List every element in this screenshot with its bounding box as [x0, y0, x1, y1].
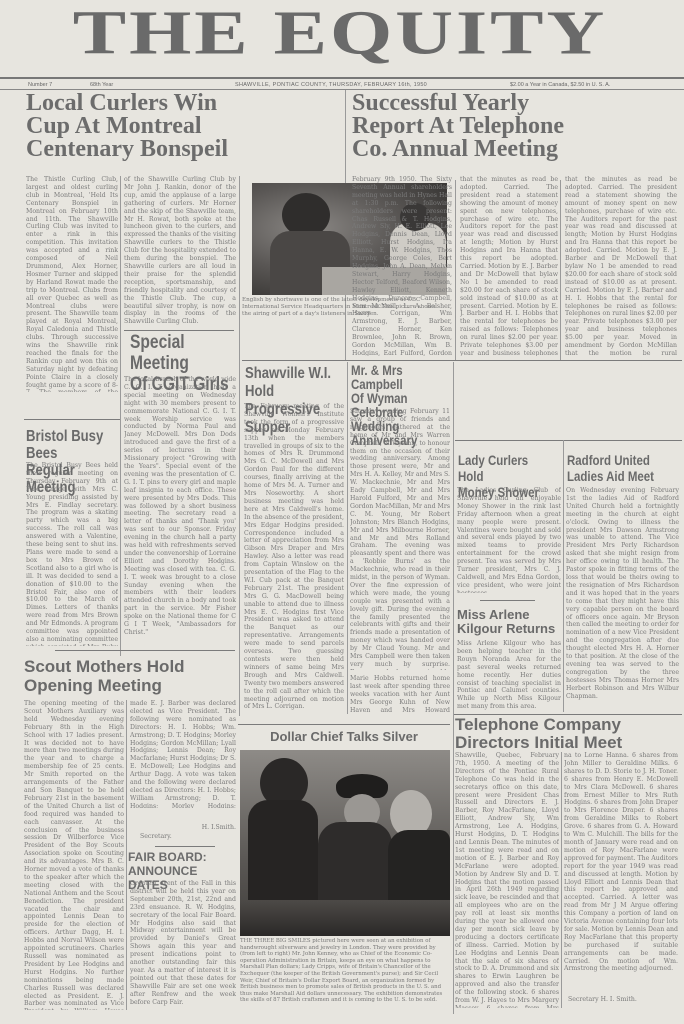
dateline-text: SHAWVILLE, PONTIAC COUNTY, THURSDAY, FEB… [235, 80, 427, 90]
photo-caption-dollar-chief: THE THREE BIG SMILES pictured here were … [240, 938, 450, 1008]
headline-line: Centenary Bonspeil [26, 138, 346, 161]
newspaper-page: THE EQUITY Number 7 68th Year SHAWVILLE,… [0, 0, 684, 1024]
article-body-telephone-directors: Shawville, Quebec, February 7th, 1950. A… [455, 752, 559, 1008]
headline-scout-mothers: Scout Mothers Hold Opening Meeting [24, 657, 234, 695]
article-body-wi-supper: The February meeting of the Shawville Wo… [244, 403, 344, 713]
column-divider [120, 176, 121, 656]
signature-title: Secretary. [140, 833, 200, 842]
subscription-price: $2.00 a Year in Canada, $2.50 in U. S. A… [510, 80, 610, 90]
headline-curlers: Local Curlers Win Cup At Montreal Centen… [26, 92, 346, 161]
masthead: THE EQUITY [0, 0, 684, 78]
headline-dollar-chief: Dollar Chief Talks Silver [238, 730, 450, 743]
headline-line: Shawville W.I. Hold [245, 365, 352, 401]
section-rule [24, 419, 120, 420]
article-body-radford: On Wednesday evening February 1st the la… [566, 487, 679, 709]
headline-line: Opening Meeting [24, 676, 234, 695]
headline-line: Bristol Busy Bees [26, 428, 124, 462]
article-body-lady-curlers: The Ladies Curling Club of Shawville hel… [457, 487, 561, 593]
article-body-bristol: The Bristol Busy Bees held their regular… [26, 462, 118, 646]
dateline-bar: Number 7 68th Year SHAWVILLE, PONTIAC CO… [0, 77, 684, 90]
column-divider [453, 714, 454, 1014]
section-rule [55, 650, 235, 651]
section-rule [238, 724, 450, 725]
photo-table [240, 900, 450, 936]
article-body-hobbs-note: Marie Hobbs returned home last week afte… [350, 675, 450, 715]
headline-radford-ladies-aid: Radford United Ladies Aid Meet [567, 452, 661, 484]
headline-line: Telephone Company [455, 716, 683, 734]
headline-line: Miss Arlene [457, 608, 561, 622]
section-rule [480, 600, 535, 601]
article-body-cgit: The local branch of the world wide C. G.… [124, 376, 236, 634]
column-divider [126, 700, 127, 1010]
article-body-scout-mothers-continued: made E. J. Barber was declared elected a… [130, 700, 236, 808]
signature: H. I.Smith. [190, 824, 236, 833]
headline-line: Special Meeting [130, 332, 245, 374]
column-divider [560, 180, 561, 360]
article-body-kilgour: Miss Arlene Kilgour who has been helping… [457, 640, 561, 710]
headline-line: Ladies Aid Meet [567, 468, 661, 484]
headline-line: Cup At Montreal [26, 115, 346, 138]
section-rule [124, 330, 234, 331]
column-divider [347, 362, 348, 714]
headline-line: Scout Mothers Hold [24, 657, 234, 676]
headline-line: Kilgour Returns [457, 622, 561, 636]
headline-line: Local Curlers Win [26, 92, 346, 115]
article-body-telephone-report-continued: that the minutes as read be adopted. Car… [460, 176, 558, 356]
article-body-telephone-directors-continued: na to Lorne Hanna. 6 shares from John Mi… [564, 752, 678, 992]
section-rule [455, 440, 682, 441]
article-body-campbell: Saturday evening February 11 saw a group… [350, 408, 450, 670]
headline-line: Successful Yearly [352, 92, 682, 115]
article-body-telephone-report-col3: that the minutes as read be adopted. Car… [565, 176, 677, 356]
article-body-curlers-continued: of the Shawville Curling Club by Mr John… [124, 176, 236, 328]
column-divider [453, 362, 454, 714]
section-rule [242, 360, 682, 361]
headline-line: Co. Annual Meeting [352, 138, 682, 161]
headline-line: Report At Telephone [352, 115, 682, 138]
article-body-telephone-report: February 9th 1950. The Sixty Seventh Ann… [352, 176, 452, 356]
issue-number: Number 7 [28, 80, 52, 90]
headline-telephone-report: Successful Yearly Report At Telephone Co… [352, 92, 682, 161]
headline-kilgour: Miss Arlene Kilgour Returns [457, 608, 561, 636]
column-divider [239, 176, 240, 716]
column-divider [455, 180, 456, 360]
masthead-title: THE EQUITY [40, 2, 640, 64]
article-body-scout-mothers: The opening meeting of the Scout Mothers… [24, 700, 124, 1010]
article-body-fair-board: Greatest event of the Fall in this distr… [130, 880, 236, 1010]
headline-line: Directors Initial Meet [455, 734, 683, 752]
photo-dollar-chief [240, 750, 450, 936]
column-divider [563, 440, 564, 712]
volume-year: 68th Year [90, 80, 113, 90]
headline-line: Lady Curlers Hold [458, 452, 548, 484]
section-rule [155, 846, 215, 847]
headline-line: Radford United [567, 452, 661, 468]
headline-line: FAIR BOARD: [128, 850, 238, 864]
headline-telephone-directors: Telephone Company Directors Initial Meet [455, 716, 683, 752]
column-divider [561, 752, 562, 1008]
article-body-curlers: The Thistle Curling Club, largest and ol… [26, 176, 118, 392]
headline-line: Mr. & Mrs Campbell [351, 363, 449, 391]
signature: Secretary H. I. Smith. [568, 996, 668, 1005]
